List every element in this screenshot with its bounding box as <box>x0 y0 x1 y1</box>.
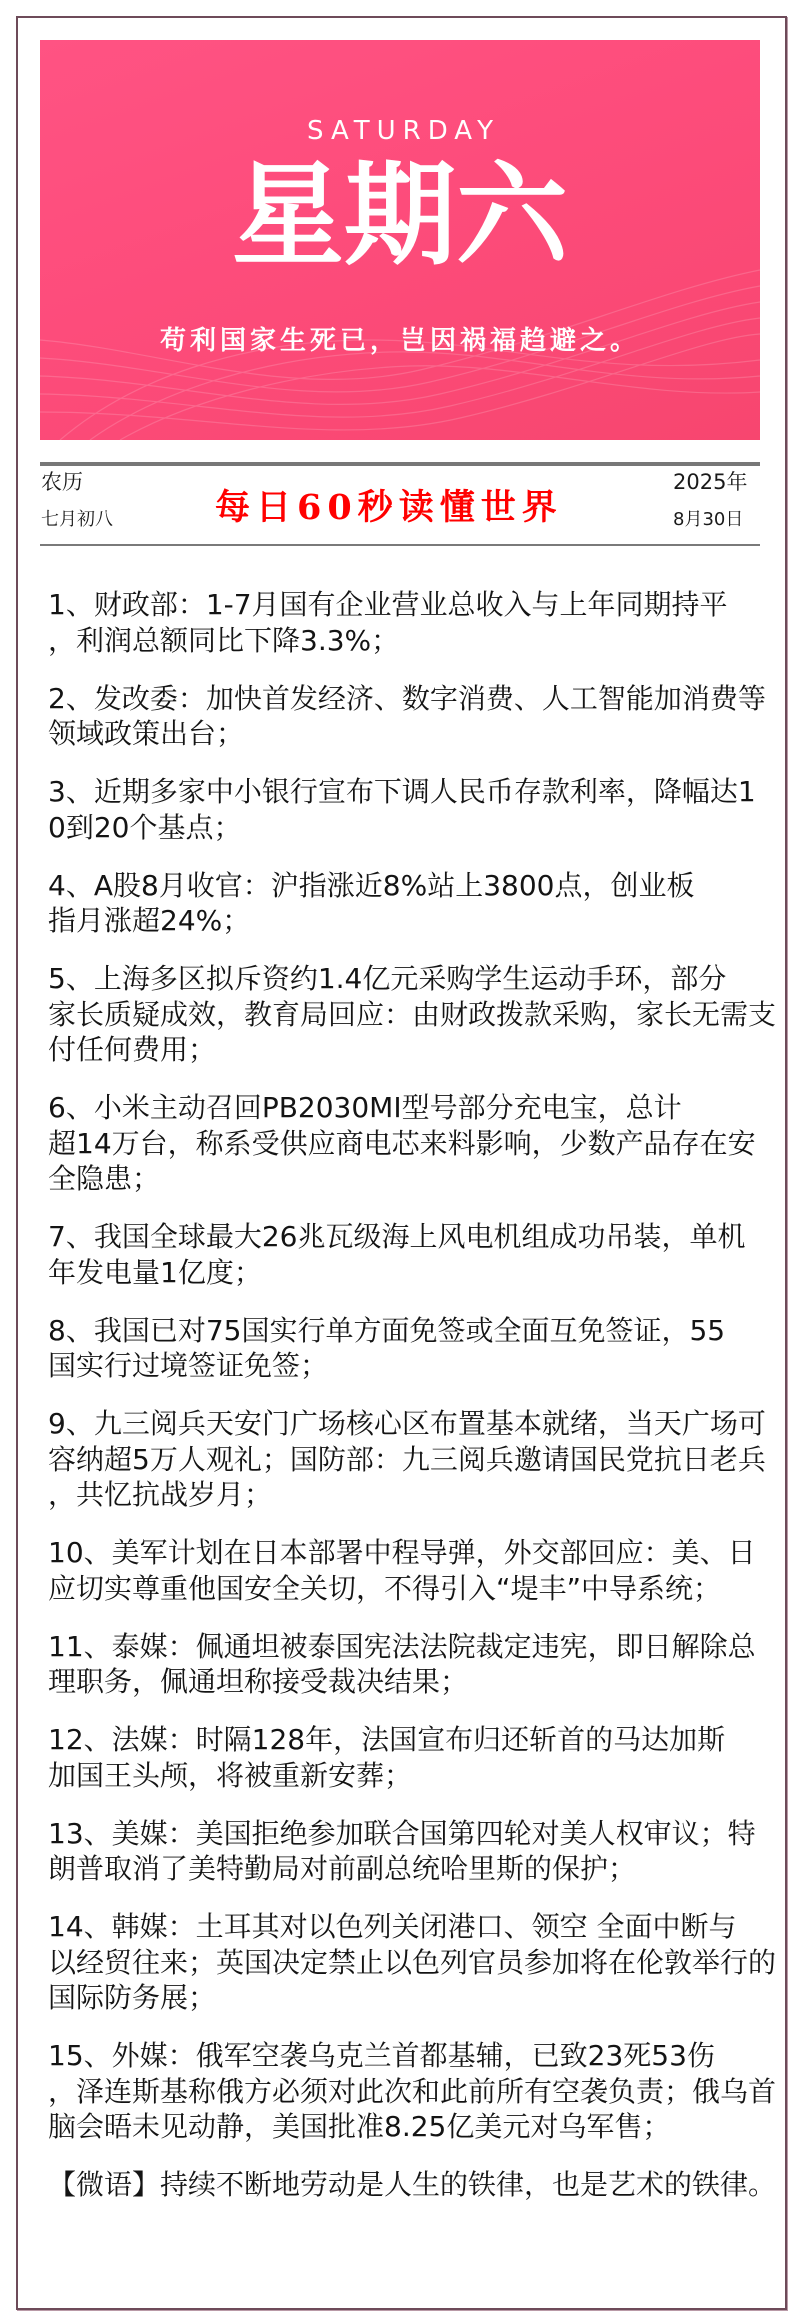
news-line: 13、美媒：美国拒绝参加联合国第四轮对美人权审议；特 <box>48 1816 784 1852</box>
news-item-4: 4、A股8月收官：沪指涨近8%站上3800点，创业板 指月涨超24%； <box>48 868 784 939</box>
news-line: 11、泰媒：佩通坦被泰国宪法法院裁定违宪，即日解除总 <box>48 1629 784 1665</box>
news-line: 国际防务展； <box>48 1980 784 2016</box>
news-line: 6、小米主动召回PB2030MI型号部分充电宝，总计 <box>48 1090 784 1126</box>
news-line: 9、九三阅兵天安门广场核心区布置基本就绪，当天广场可 <box>48 1406 784 1442</box>
news-line: 15、外媒：俄军空袭乌克兰首都基辅，已致23死53伤 <box>48 2038 784 2074</box>
news-line: 超14万台，称系受供应商电芯来料影响，少数产品存在安 <box>48 1126 784 1162</box>
lunar-calendar-label: 农历 <box>41 470 83 494</box>
news-item-10: 10、美军计划在日本部署中程导弹，外交部回应：美、日 应切实尊重他国安全关切，不… <box>48 1535 784 1606</box>
news-line: 家长质疑成效，教育局回应：由财政拨款采购，家长无需支 <box>48 997 784 1033</box>
banner-motto: 苟利国家生死已，岂因祸福趋避之。 <box>40 326 760 356</box>
news-line: 领域政策出台； <box>48 716 784 752</box>
header-bottom-rule <box>40 544 760 546</box>
news-line: 7、我国全球最大26兆瓦级海上风电机组成功吊装，单机 <box>48 1219 784 1255</box>
lunar-date: 七月初八 <box>41 509 113 531</box>
news-item-12: 12、法媒：时隔128年，法国宣布归还斩首的马达加斯 加国王头颅，将被重新安葬； <box>48 1722 784 1793</box>
news-item-6: 6、小米主动召回PB2030MI型号部分充电宝，总计 超14万台，称系受供应商电… <box>48 1090 784 1197</box>
news-line: 年发电量1亿度； <box>48 1255 784 1291</box>
news-item-1: 1、财政部：1-7月国有企业营业总收入与上年同期持平 ，利润总额同比下降3.3%… <box>48 587 784 658</box>
news-line: 加国王头颅，将被重新安葬； <box>48 1758 784 1794</box>
news-line: 国实行过境签证免签； <box>48 1348 784 1384</box>
year-label: 2025年 <box>673 470 747 494</box>
news-line: 容纳超5万人观礼；国防部：九三阅兵邀请国民党抗日老兵 <box>48 1442 784 1478</box>
date-label: 8月30日 <box>673 509 743 531</box>
daily-quote: 【微语】持续不断地劳动是人生的铁律，也是艺术的铁律。 <box>48 2167 784 2203</box>
news-line: 应切实尊重他国安全关切，不得引入“堤丰”中导系统； <box>48 1571 784 1607</box>
news-line: 脑会晤未见动静，美国批准8.25亿美元对乌军售； <box>48 2109 784 2145</box>
news-line: 以经贸往来；英国决定禁止以色列官员参加将在伦敦举行的 <box>48 1945 784 1981</box>
news-line: ，利润总额同比下降3.3%； <box>48 623 784 659</box>
news-item-13: 13、美媒：美国拒绝参加联合国第四轮对美人权审议；特 朗普取消了美特勤局对前副总… <box>48 1816 784 1887</box>
news-item-15: 15、外媒：俄军空袭乌克兰首都基辅，已致23死53伤 ，泽连斯基称俄方必须对此次… <box>48 2038 784 2145</box>
news-item-9: 9、九三阅兵天安门广场核心区布置基本就绪，当天广场可 容纳超5万人观礼；国防部：… <box>48 1406 784 1513</box>
header-top-rule <box>40 462 760 466</box>
news-item-7: 7、我国全球最大26兆瓦级海上风电机组成功吊装，单机 年发电量1亿度； <box>48 1219 784 1290</box>
page-title: 每日60秒读懂世界 <box>215 488 563 528</box>
news-line: ，共忆抗战岁月； <box>48 1477 784 1513</box>
news-line: 8、我国已对75国实行单方面免签或全面互免签证，55 <box>48 1313 784 1349</box>
news-line: 12、法媒：时隔128年，法国宣布归还斩首的马达加斯 <box>48 1722 784 1758</box>
news-line: 理职务，佩通坦称接受裁决结果； <box>48 1664 784 1700</box>
news-line: 4、A股8月收官：沪指涨近8%站上3800点，创业板 <box>48 868 784 904</box>
news-line: 付任何费用； <box>48 1032 784 1068</box>
weekday-chinese: 星期六 <box>40 160 760 272</box>
news-line: 指月涨超24%； <box>48 903 784 939</box>
news-line: 14、韩媒：土耳其对以色列关闭港口、领空 全面中断与 <box>48 1909 784 1945</box>
news-line: ，泽连斯基称俄方必须对此次和此前所有空袭负责；俄乌首 <box>48 2074 784 2110</box>
news-line: 1、财政部：1-7月国有企业营业总收入与上年同期持平 <box>48 587 784 623</box>
news-item-2: 2、发改委：加快首发经济、数字消费、人工智能加消费等 领域政策出台； <box>48 681 784 752</box>
news-item-11: 11、泰媒：佩通坦被泰国宪法法院裁定违宪，即日解除总 理职务，佩通坦称接受裁决结… <box>48 1629 784 1700</box>
weekday-banner: SATURDAY 星期六 苟利国家生死已，岂因祸福趋避之。 <box>40 40 760 440</box>
news-item-3: 3、近期多家中小银行宣布下调人民币存款利率，降幅达1 0到20个基点； <box>48 774 784 845</box>
news-line: 5、上海多区拟斥资约1.4亿元采购学生运动手环，部分 <box>48 961 784 997</box>
news-list: 1、财政部：1-7月国有企业营业总收入与上年同期持平 ，利润总额同比下降3.3%… <box>48 587 784 2203</box>
news-line: 0到20个基点； <box>48 810 784 846</box>
weekday-english: SATURDAY <box>40 118 760 144</box>
news-line: 2、发改委：加快首发经济、数字消费、人工智能加消费等 <box>48 681 784 717</box>
news-item-5: 5、上海多区拟斥资约1.4亿元采购学生运动手环，部分 家长质疑成效，教育局回应：… <box>48 961 784 1068</box>
news-line: 10、美军计划在日本部署中程导弹，外交部回应：美、日 <box>48 1535 784 1571</box>
news-line: 全隐患； <box>48 1161 784 1197</box>
news-item-14: 14、韩媒：土耳其对以色列关闭港口、领空 全面中断与 以经贸往来；英国决定禁止以… <box>48 1909 784 2016</box>
news-item-8: 8、我国已对75国实行单方面免签或全面互免签证，55 国实行过境签证免签； <box>48 1313 784 1384</box>
news-line: 朗普取消了美特勤局对前副总统哈里斯的保护； <box>48 1851 784 1887</box>
news-line: 3、近期多家中小银行宣布下调人民币存款利率，降幅达1 <box>48 774 784 810</box>
